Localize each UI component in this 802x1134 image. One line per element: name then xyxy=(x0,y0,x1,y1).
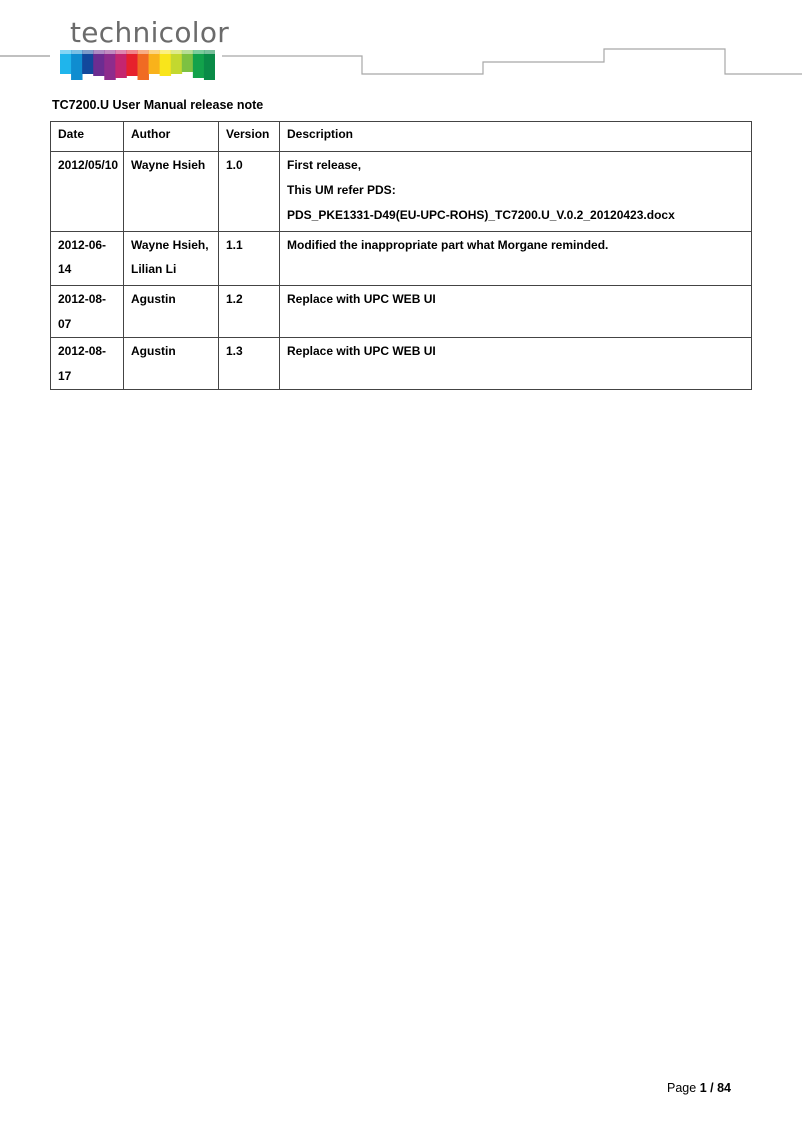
cell-author-line: Agustin xyxy=(131,287,211,312)
table-row: 2012-08-07Agustin1.2Replace with UPC WEB… xyxy=(51,286,752,338)
cell-date-text: 2012-06-14 xyxy=(58,233,116,281)
column-header-author: Author xyxy=(124,122,219,152)
document-title: TC7200.U User Manual release note xyxy=(52,98,263,112)
cell-date-text: 2012-08-17 xyxy=(58,339,116,389)
table-row: 2012-08-17Agustin1.3Replace with UPC WEB… xyxy=(51,338,752,390)
cell-description: Replace with UPC WEB UI xyxy=(280,286,752,338)
cell-author-line: Wayne Hsieh, xyxy=(131,233,211,257)
cell-date: 2012-06-14 xyxy=(51,232,124,286)
cell-description: First release,This UM refer PDS:PDS_PKE1… xyxy=(280,152,752,232)
cell-version: 1.2 xyxy=(219,286,280,338)
cell-description-line: PDS_PKE1331-D49(EU-UPC-ROHS)_TC7200.U_V.… xyxy=(287,203,744,228)
brand-logo-text: technicolor xyxy=(70,16,229,49)
table-row: 2012-06-14Wayne Hsieh,Lilian Li1.1Modifi… xyxy=(51,232,752,286)
cell-date-text: 2012/05/10 xyxy=(58,153,116,178)
cell-description-line: First release, xyxy=(287,153,744,178)
cell-date-text: 2012-08-07 xyxy=(58,287,116,337)
cell-date: 2012/05/10 xyxy=(51,152,124,232)
table-row: 2012/05/10Wayne Hsieh1.0First release,Th… xyxy=(51,152,752,232)
cell-version-text: 1.2 xyxy=(226,287,272,312)
cell-date: 2012-08-07 xyxy=(51,286,124,338)
cell-author: Wayne Hsieh,Lilian Li xyxy=(124,232,219,286)
page-total: 84 xyxy=(717,1081,731,1095)
cell-description: Modified the inappropriate part what Mor… xyxy=(280,232,752,286)
page-number: Page 1 / 84 xyxy=(667,1081,731,1095)
cell-version-text: 1.1 xyxy=(226,233,272,257)
cell-description-line: Replace with UPC WEB UI xyxy=(287,287,744,312)
page-label: Page xyxy=(667,1081,696,1095)
cell-author-line: Agustin xyxy=(131,339,211,364)
page-current: 1 xyxy=(700,1081,707,1095)
cell-author: Agustin xyxy=(124,338,219,390)
cell-version: 1.0 xyxy=(219,152,280,232)
column-header-description: Description xyxy=(280,122,752,152)
cell-version-text: 1.0 xyxy=(226,153,272,178)
release-note-table: Date Author Version Description 2012/05/… xyxy=(50,121,752,390)
cell-description-line: Replace with UPC WEB UI xyxy=(287,339,744,364)
cell-version-text: 1.3 xyxy=(226,339,272,364)
cell-author: Agustin xyxy=(124,286,219,338)
cell-version: 1.3 xyxy=(219,338,280,390)
cell-description-line: Modified the inappropriate part what Mor… xyxy=(287,233,744,257)
cell-author: Wayne Hsieh xyxy=(124,152,219,232)
column-header-date: Date xyxy=(51,122,124,152)
cell-version: 1.1 xyxy=(219,232,280,286)
cell-description-line: This UM refer PDS: xyxy=(287,178,744,203)
brand-logo-color-bar xyxy=(60,50,215,80)
cell-date: 2012-08-17 xyxy=(51,338,124,390)
cell-description: Replace with UPC WEB UI xyxy=(280,338,752,390)
page-separator: / xyxy=(710,1081,713,1095)
cell-author-line: Wayne Hsieh xyxy=(131,153,211,178)
table-header-row: Date Author Version Description xyxy=(51,122,752,152)
column-header-version: Version xyxy=(219,122,280,152)
cell-author-line: Lilian Li xyxy=(131,257,211,281)
